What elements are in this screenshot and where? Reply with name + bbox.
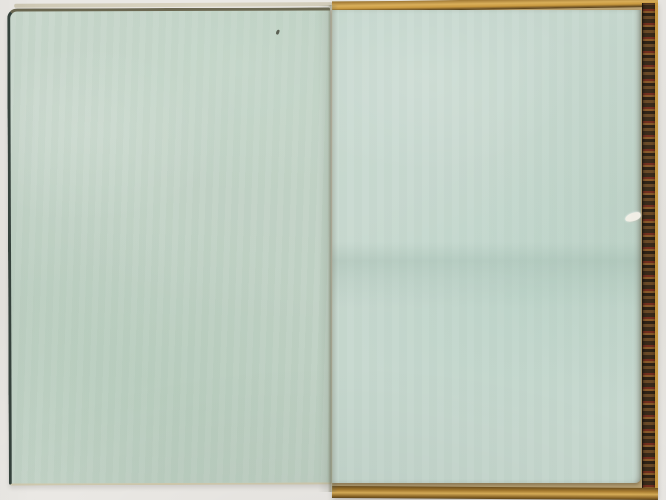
photo-open-book [0, 0, 666, 500]
gilt-fore-edge-band [642, 3, 658, 495]
gilt-bottom-edge [332, 486, 658, 500]
left-page-top-stack-edge [14, 2, 332, 8]
ink-speck [276, 29, 280, 35]
right-page [332, 10, 641, 483]
right-cover [332, 1, 658, 498]
left-page [7, 7, 332, 485]
paper-chip [624, 211, 641, 223]
